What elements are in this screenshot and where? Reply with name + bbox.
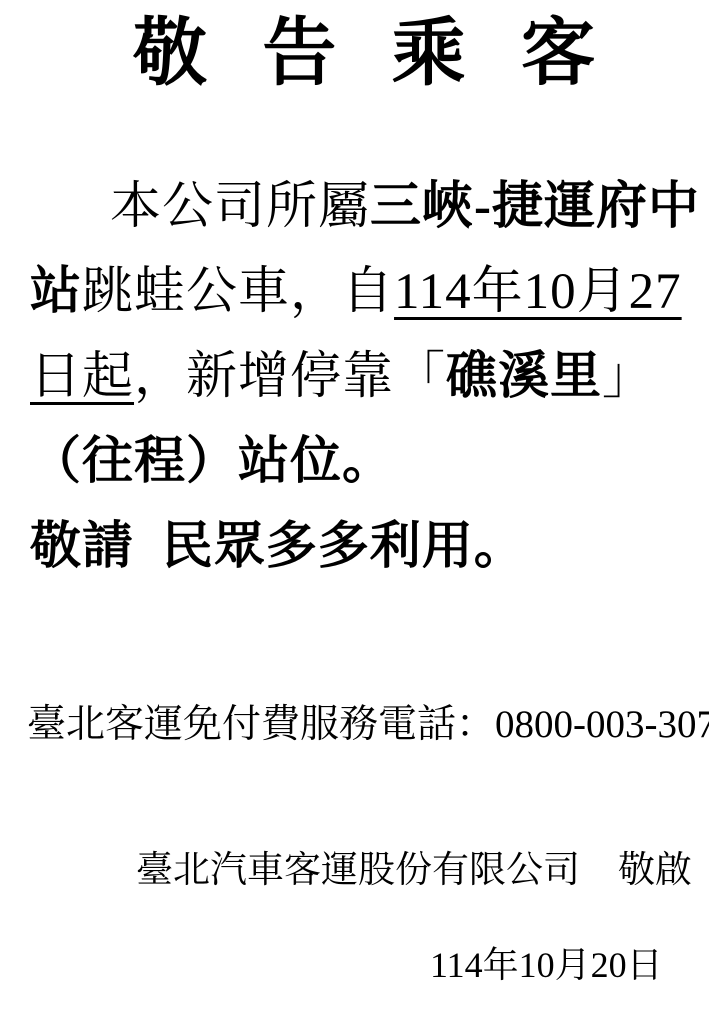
title-char-3: 乘	[392, 14, 466, 95]
service-phone-line: 臺北客運免付費服務電話：0800-003-307	[27, 702, 709, 749]
line1-regular-text: 本公司所屬	[110, 179, 370, 235]
line3-underlined-text: 日起	[30, 349, 134, 405]
line3-stop-name: 礁溪里	[446, 349, 602, 405]
line2-bold-text: 站	[30, 264, 82, 320]
line2-regular-text: 跳蛙公車，自	[82, 264, 394, 320]
line3-closing-bracket: 」	[602, 349, 654, 405]
line5-bold-text: 敬請 民眾多多利用。	[30, 519, 526, 575]
title-char-2: 告	[262, 14, 336, 95]
paragraph-line-1: 本公司所屬三峽-捷運府中	[30, 165, 695, 250]
line4-bold-text: （往程）站位。	[30, 434, 394, 490]
notice-paragraph: 本公司所屬三峽-捷運府中 站跳蛙公車，自114年10月27 日起，新增停靠「礁溪…	[30, 165, 695, 590]
company-name: 臺北汽車客運股份有限公司	[136, 849, 580, 893]
line1-route-name: 三峽-捷運府中	[370, 179, 700, 235]
passenger-notice-page: 敬 告 乘 客 本公司所屬三峽-捷運府中 站跳蛙公車，自114年10月27 日起…	[0, 0, 709, 1024]
paragraph-line-4: （往程）站位。	[30, 420, 695, 505]
title-char-4: 客	[521, 14, 595, 95]
title-char-1: 敬	[133, 14, 207, 95]
paragraph-line-3: 日起，新增停靠「礁溪里」	[30, 335, 695, 420]
line2-underlined-date: 114年10月27	[394, 264, 682, 320]
signoff: 敬啟	[618, 849, 692, 893]
company-line: 臺北汽車客運股份有限公司 敬啟	[136, 849, 709, 893]
paragraph-line-2: 站跳蛙公車，自114年10月27	[30, 250, 695, 335]
paragraph-line-5: 敬請 民眾多多利用。	[30, 505, 695, 590]
date-line: 114年10月20日	[430, 944, 709, 987]
notice-title: 敬 告 乘 客	[133, 14, 595, 95]
line3-regular-text: ，新增停靠「	[134, 349, 446, 405]
